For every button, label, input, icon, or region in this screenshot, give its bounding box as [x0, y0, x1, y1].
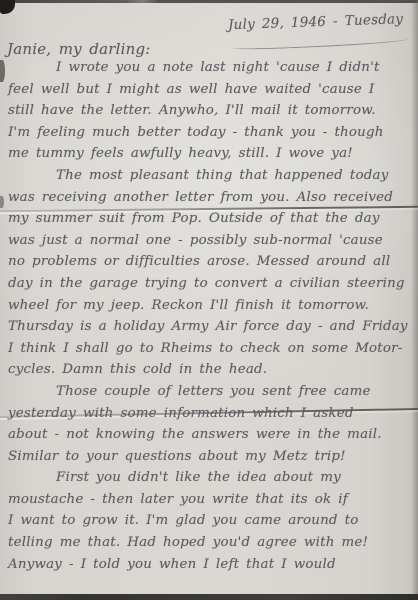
letter-line: I wrote you a note last night 'cause I d… — [8, 57, 412, 79]
letter-line: my summer suit from Pop. Outside of that… — [8, 208, 412, 230]
letter-line: I think I shall go to Rheims to check on… — [8, 338, 412, 360]
letter-line: Thursday is a holiday Army Air force day… — [8, 316, 412, 338]
letter-line: I want to grow it. I'm glad you came aro… — [8, 510, 412, 532]
letter-line: me tummy feels awfully heavy, still. I w… — [8, 143, 412, 165]
letter-line: The most pleasant thing that happened to… — [8, 165, 412, 187]
scanned-letter-page: July 29, 1946 - Tuesday Janie, my darlin… — [0, 0, 418, 600]
letter-salutation: Janie, my darling: — [7, 40, 151, 58]
letter-body: I wrote you a note last night 'cause I d… — [8, 57, 412, 575]
letter-line: was receiving another letter from you. A… — [8, 187, 412, 209]
letter-line: cycles. Damn this cold in the head. — [8, 359, 412, 381]
scan-corner-mark — [0, 0, 15, 14]
letter-line: was just a normal one - possibly sub-nor… — [8, 230, 412, 252]
letter-line: wheel for my jeep. Reckon I'll finish it… — [8, 295, 412, 317]
letter-date: July 29, 1946 - Tuesday — [228, 11, 413, 33]
letter-line: no problems or difficulties arose. Messe… — [8, 251, 412, 273]
letter-line: telling me that. Had hoped you'd agree w… — [8, 532, 412, 554]
letter-line: yesterday with some information which I … — [8, 403, 412, 425]
letter-line: I'm feeling much better today - thank yo… — [8, 122, 412, 144]
letter-line: moustache - then later you write that it… — [8, 489, 412, 511]
scan-edge-left-mark-2 — [0, 196, 4, 208]
scan-edge-left-mark — [0, 60, 5, 82]
letter-line: First you didn't like the idea about my — [8, 467, 412, 489]
letter-line: still have the letter. Anywho, I'll mail… — [8, 100, 412, 122]
letter-line: about - not knowing the answers were in … — [8, 424, 412, 446]
scan-edge-bottom — [0, 594, 418, 600]
scan-edge-right-shadow — [411, 0, 418, 600]
letter-line: day in the garage trying to convert a ci… — [8, 273, 412, 295]
date-underline-flourish — [232, 36, 408, 51]
letter-line: Anyway - I told you when I left that I w… — [8, 554, 412, 576]
letter-line: Similar to your questions about my Metz … — [8, 446, 412, 468]
scan-edge-top — [0, 0, 418, 3]
letter-line: feel well but I might as well have waite… — [8, 79, 412, 101]
letter-line: Those couple of letters you sent free ca… — [8, 381, 412, 403]
